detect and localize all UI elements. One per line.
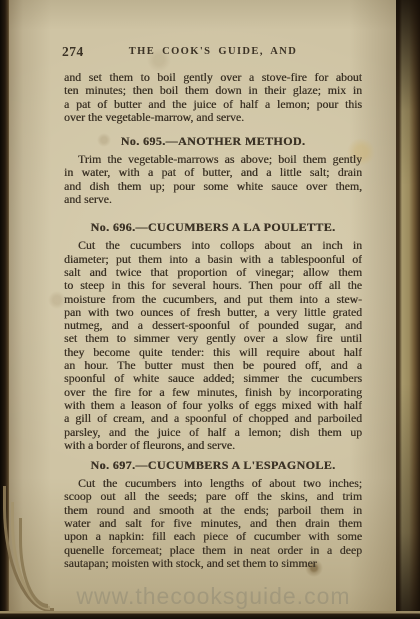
text-line: pan with two ounces of fresh butter, a v… [64,306,362,319]
text-line: with a border of fleurons, and serve. [64,439,362,452]
book-page-photo: 274 THE COOK'S GUIDE, AND and set them t… [0,0,420,619]
text-line: over the vegetable-marrow, and serve. [64,111,362,124]
text-line: and set them to boil gently over a stove… [64,71,362,84]
recipe-697-paragraph: Cut the cucumbers into lengths of about … [64,477,362,570]
text-line: them round and smooth at the ends; parbo… [64,504,362,517]
text-line: moisture from the cucumbers, and put the… [64,293,362,306]
text-line: quenelle forcemeat; place them in neat o… [64,544,362,557]
text-line: and serve. [64,193,362,206]
text-line: Cut the cucumbers into lengths of about … [64,477,362,490]
text-line: Cut the cucumbers into collops about an … [64,239,362,252]
recipe-697-heading: No. 697.—CUCUMBERS A L'ESPAGNOLE. [64,458,362,473]
text-line: a gill of cream, and a spoonful of chopp… [64,412,362,425]
text-line: ten minutes; then boil them down in thei… [64,84,362,97]
printed-content: 274 THE COOK'S GUIDE, AND and set them t… [64,44,362,570]
recipe-696-heading: No. 696.—CUCUMBERS A LA POULETTE. [64,220,362,235]
page-header: 274 THE COOK'S GUIDE, AND [64,44,362,59]
text-line: an hour. The butter must then be poured … [64,359,362,372]
paragraph-continuation: and set them to boil gently over a stove… [64,71,362,124]
running-header: THE COOK'S GUIDE, AND [64,44,362,57]
watermark: www.thecooksguide.com [76,583,350,610]
text-line: nutmeg, and a dessert-spoonful of pounde… [64,319,362,332]
text-line: upon a napkin: fill each piece of cucumb… [64,530,362,543]
text-line: over the fire for a few minutes, finish … [64,386,362,399]
text-line: they become quite tender: this will requ… [64,346,362,359]
page-block-right-edge [396,0,420,619]
text-line: spoonful of white sauce added; simmer th… [64,372,362,385]
recipe-696-paragraph: Cut the cucumbers into collops about an … [64,239,362,452]
text-line: to steep in this for several hours. Then… [64,279,362,292]
text-line: parsley, and the juice of half a lemon; … [64,426,362,439]
page-number: 274 [62,44,84,60]
text-line: and dish them up; pour some white sauce … [64,180,362,193]
recipe-695-paragraph: Trim the vegetable-marrows as above; boi… [64,153,362,206]
text-line: sautapan; moisten with stock, and set th… [64,557,362,570]
text-line: salt and twice that proportion of vinega… [64,266,362,279]
text-line: with them a leason of four yolks of eggs… [64,399,362,412]
book-page: 274 THE COOK'S GUIDE, AND and set them t… [9,0,396,612]
text-line: in water, with a pat of butter, and a li… [64,166,362,179]
page-block-bottom-edge [0,611,420,619]
text-line: scoop out all the seeds; pare off the sk… [64,490,362,503]
text-line: diameter; put them into a basin with a t… [64,253,362,266]
text-line: water and salt for five minutes, and the… [64,517,362,530]
recipe-695-heading: No. 695.—ANOTHER METHOD. [64,134,362,149]
text-line: Trim the vegetable-marrows as above; boi… [64,153,362,166]
text-line: a pat of butter and the juice of half a … [64,98,362,111]
text-line: set them to simmer very gently over a sl… [64,332,362,345]
